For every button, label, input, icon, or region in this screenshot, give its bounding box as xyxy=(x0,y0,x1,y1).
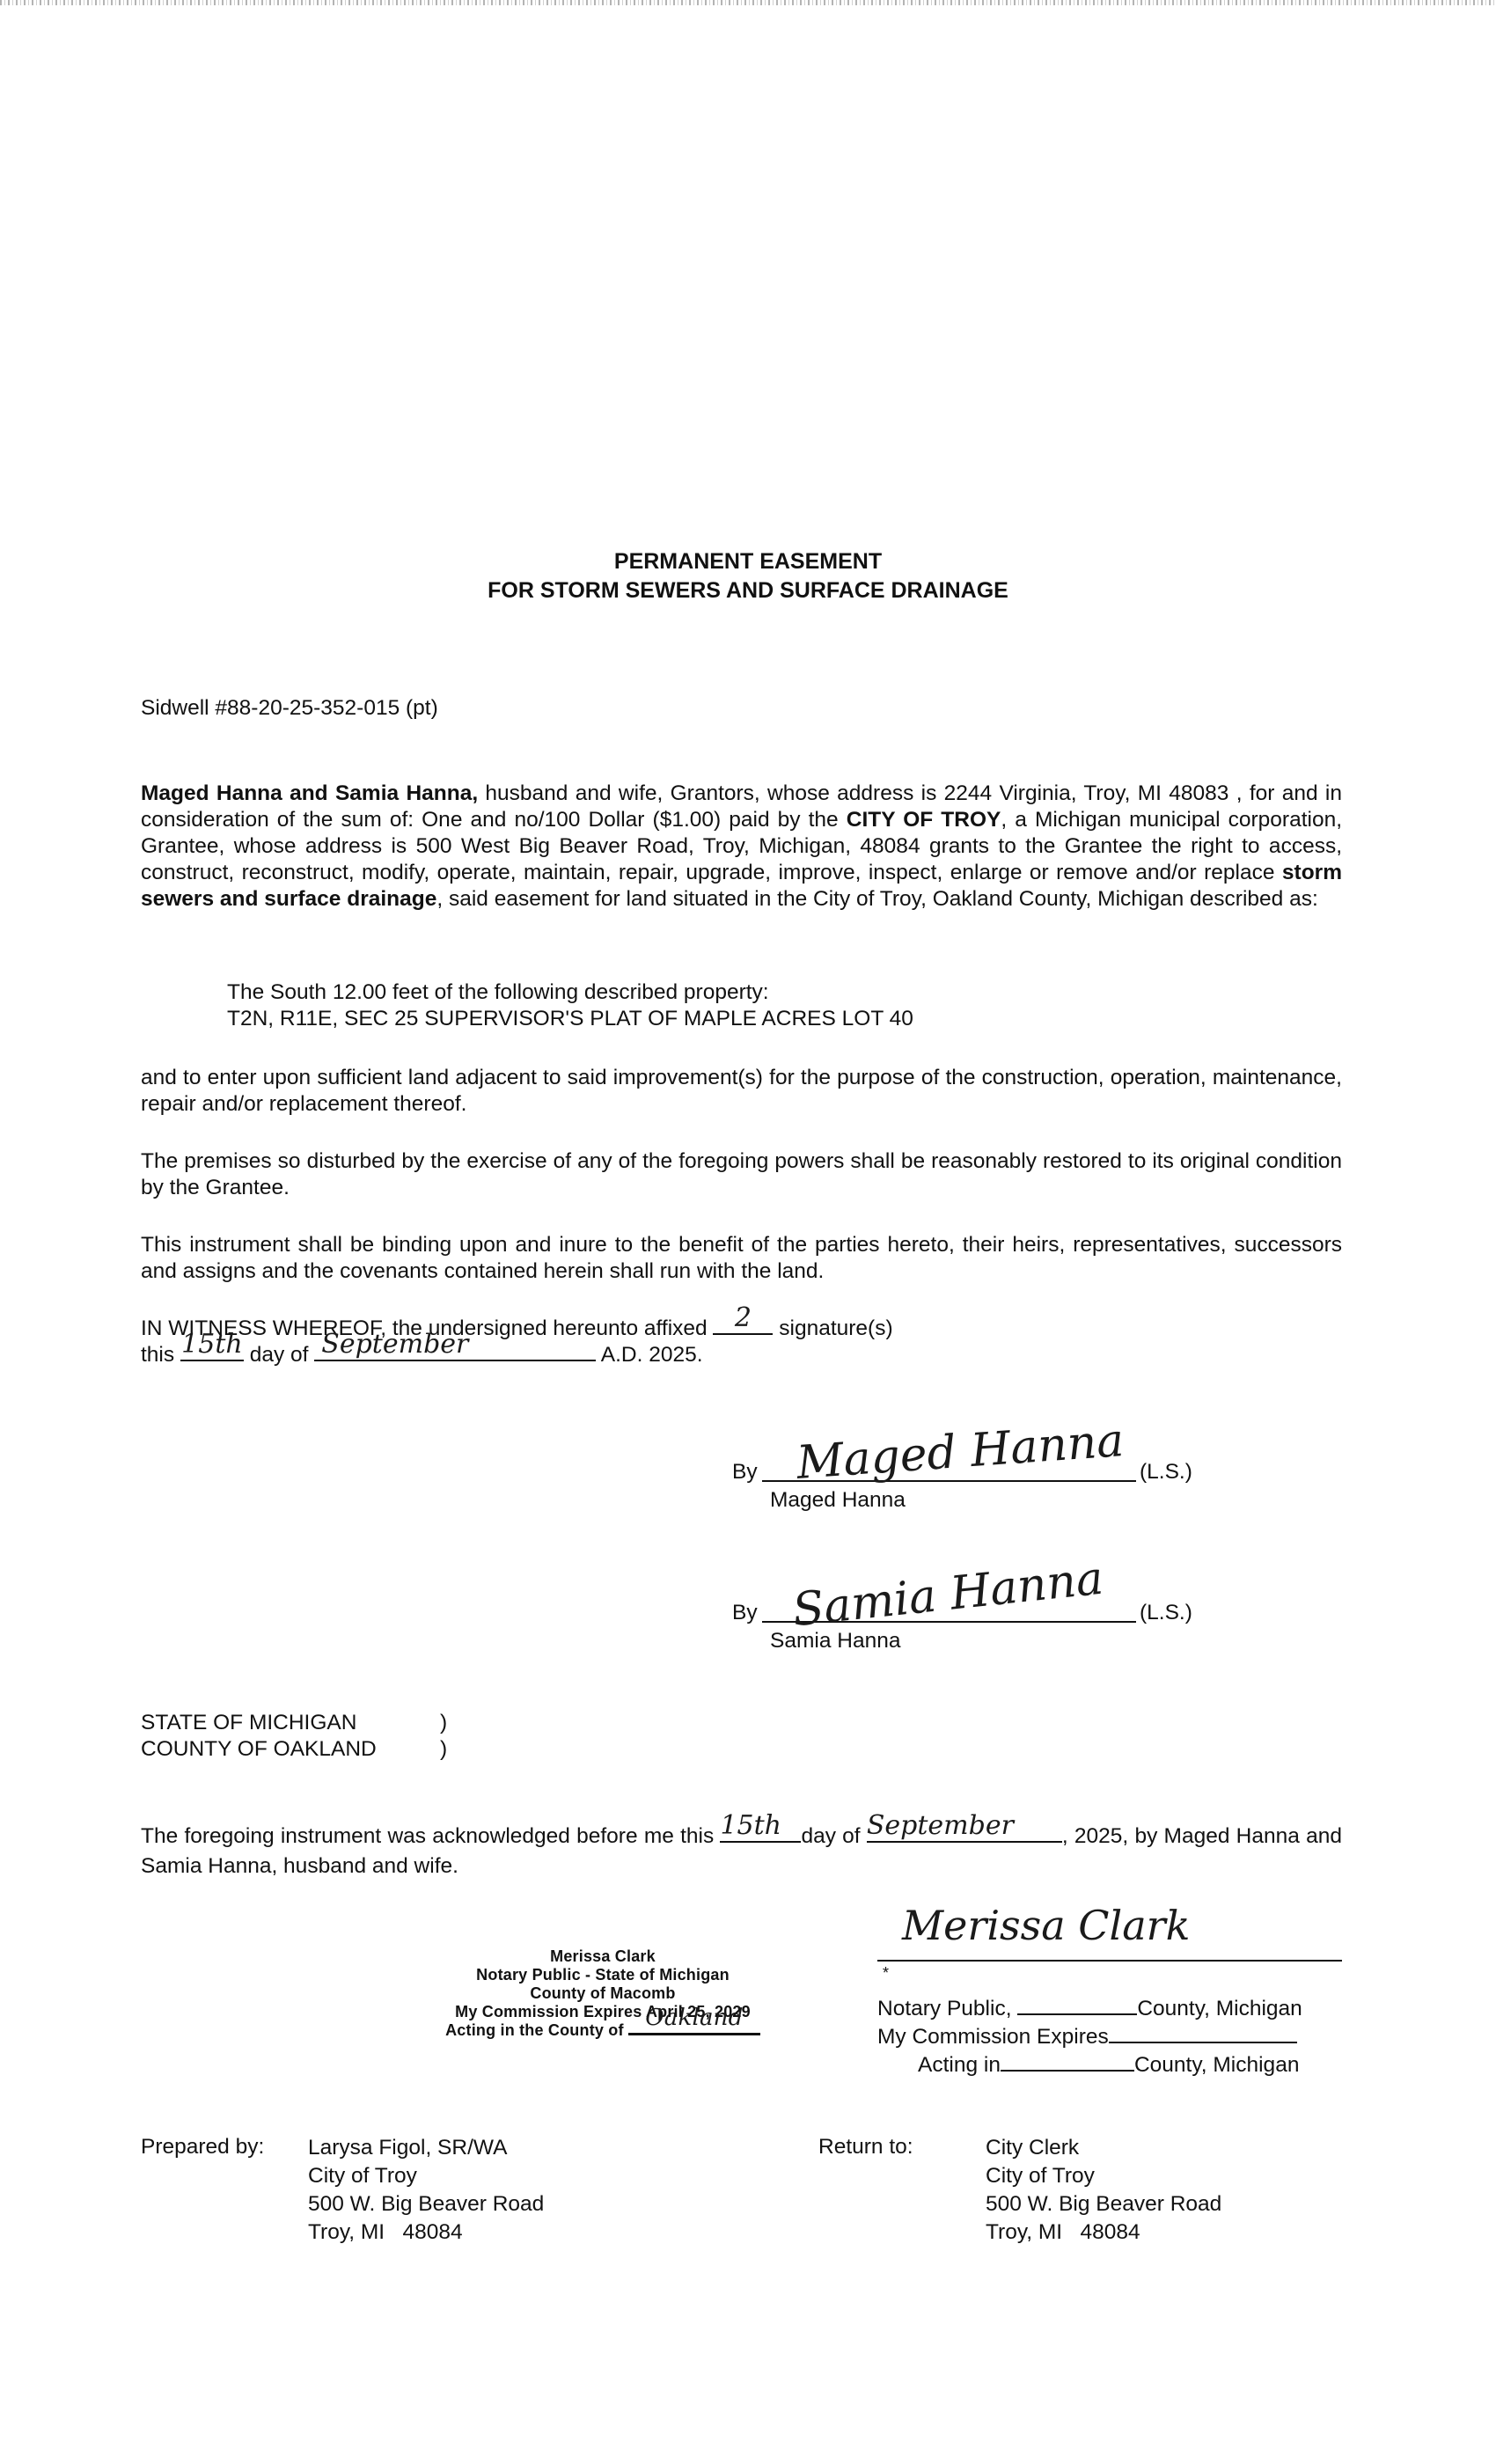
notary-signature: Merissa Clark xyxy=(902,1901,1190,1950)
stamp-notary-name: Merissa Clark xyxy=(414,1947,792,1966)
return-to-label: Return to: xyxy=(818,2134,913,2160)
return-to-line-1: City Clerk xyxy=(986,2134,1221,2162)
printed-name-2: Samia Hanna xyxy=(770,1628,900,1654)
sidwell-number: Sidwell #88-20-25-352-015 (pt) xyxy=(141,695,438,722)
prepared-by-line-3: 500 W. Big Beaver Road xyxy=(308,2190,544,2218)
prepared-by-address: Larysa Figol, SR/WA City of Troy 500 W. … xyxy=(308,2134,544,2247)
prepared-by-label: Prepared by: xyxy=(141,2134,264,2160)
ack-day-field: 15th xyxy=(720,1841,801,1843)
notary-county-blank xyxy=(1017,1994,1137,2015)
notary-asterisk: * xyxy=(883,1964,889,1983)
venue-paren-1: ) xyxy=(440,1710,447,1736)
scan-artifact-top xyxy=(0,0,1496,5)
stamp-acting-county-field: Oakland xyxy=(628,2033,760,2035)
ack-month-value: September xyxy=(867,1813,1062,1839)
legal-description: The South 12.00 feet of the following de… xyxy=(227,979,913,1032)
legal-description-line-1: The South 12.00 feet of the following de… xyxy=(227,979,913,1006)
notary-public-label: Notary Public, xyxy=(877,1997,1017,2020)
stamp-notary-title: Notary Public - State of Michigan xyxy=(414,1966,792,1984)
witness-day-field: 15th xyxy=(180,1360,244,1361)
return-to-address: City Clerk City of Troy 500 W. Big Beave… xyxy=(986,2134,1221,2247)
notary-signature-line xyxy=(877,1960,1342,1962)
signature-by-label-1: By xyxy=(732,1459,758,1485)
grantors-names: Maged Hanna and Samia Hanna, xyxy=(141,781,478,805)
grantee-name: CITY OF TROY xyxy=(847,808,1001,832)
title-line-2: FOR STORM SEWERS AND SURFACE DRAINAGE xyxy=(0,576,1496,605)
witness-day-value: 15th xyxy=(180,1331,244,1358)
grant-text-3: , said easement for land situated in the… xyxy=(436,887,1317,911)
prepared-by-line-2: City of Troy xyxy=(308,2162,544,2190)
commission-expires-label: My Commission Expires xyxy=(877,2025,1109,2049)
venue-county: COUNTY OF OAKLAND xyxy=(141,1736,377,1763)
acting-in-suffix: County, Michigan xyxy=(1134,2053,1299,2077)
return-to-line-2: City of Troy xyxy=(986,2162,1221,2190)
printed-name-1: Maged Hanna xyxy=(770,1487,906,1514)
venue-paren-2: ) xyxy=(440,1736,447,1763)
signature-maged-hanna: Maged Hanna xyxy=(795,1414,1126,1490)
return-to-line-3: 500 W. Big Beaver Road xyxy=(986,2190,1221,2218)
title-line-1: PERMANENT EASEMENT xyxy=(0,547,1496,576)
stamp-acting-county-value: Oakland xyxy=(628,2005,760,2031)
commission-expires-blank xyxy=(1109,2022,1297,2043)
ack-text-1: The foregoing instrument was acknowledge… xyxy=(141,1824,720,1848)
ack-day-value: 15th xyxy=(720,1813,801,1839)
signature-count-value: 2 xyxy=(713,1305,773,1331)
ack-text-2: day of xyxy=(801,1824,866,1848)
venue-state: STATE OF MICHIGAN xyxy=(141,1710,356,1736)
witness-year: A.D. 2025. xyxy=(596,1343,702,1367)
signature-count-field: 2 xyxy=(713,1333,773,1335)
witness-day-of-label: day of xyxy=(244,1343,314,1367)
legal-description-line-2: T2N, R11E, SEC 25 SUPERVISOR'S PLAT OF M… xyxy=(227,1006,913,1032)
witness-clause: IN WITNESS WHEREOF, the undersigned here… xyxy=(141,1316,1021,1368)
ls-label-1: (L.S.) xyxy=(1140,1459,1192,1485)
notary-block-text: Notary Public, County, Michigan My Commi… xyxy=(877,1994,1344,2079)
signature-samia-hanna: Samia Hanna xyxy=(790,1552,1106,1638)
prepared-by-line-4: Troy, MI 48084 xyxy=(308,2218,544,2247)
notary-stamp: Merissa Clark Notary Public - State of M… xyxy=(414,1947,792,2040)
witness-month-field: September xyxy=(314,1360,596,1361)
return-to-line-4: Troy, MI 48084 xyxy=(986,2218,1221,2247)
ack-month-field: September xyxy=(867,1841,1062,1843)
binding-paragraph: This instrument shall be binding upon an… xyxy=(141,1232,1342,1285)
document-title: PERMANENT EASEMENT FOR STORM SEWERS AND … xyxy=(0,547,1496,605)
signature-by-label-2: By xyxy=(732,1600,758,1626)
stamp-acting-label: Acting in the County of xyxy=(445,2021,628,2039)
witness-month-value: September xyxy=(321,1331,596,1358)
acting-in-label: Acting in xyxy=(918,2053,1001,2077)
acting-in-blank xyxy=(1001,2050,1134,2072)
ls-label-2: (L.S.) xyxy=(1140,1600,1192,1626)
entry-paragraph: and to enter upon sufficient land adjace… xyxy=(141,1065,1342,1118)
grant-paragraph: Maged Hanna and Samia Hanna, husband and… xyxy=(141,781,1342,913)
acknowledgment-paragraph: The foregoing instrument was acknowledge… xyxy=(141,1822,1342,1881)
restoration-paragraph: The premises so disturbed by the exercis… xyxy=(141,1148,1342,1201)
notary-county-suffix: County, Michigan xyxy=(1137,1997,1302,2020)
stamp-county: County of Macomb xyxy=(414,1984,792,2003)
witness-text-2: signature(s) xyxy=(773,1316,892,1340)
witness-this-label: this xyxy=(141,1343,180,1367)
prepared-by-line-1: Larysa Figol, SR/WA xyxy=(308,2134,544,2162)
